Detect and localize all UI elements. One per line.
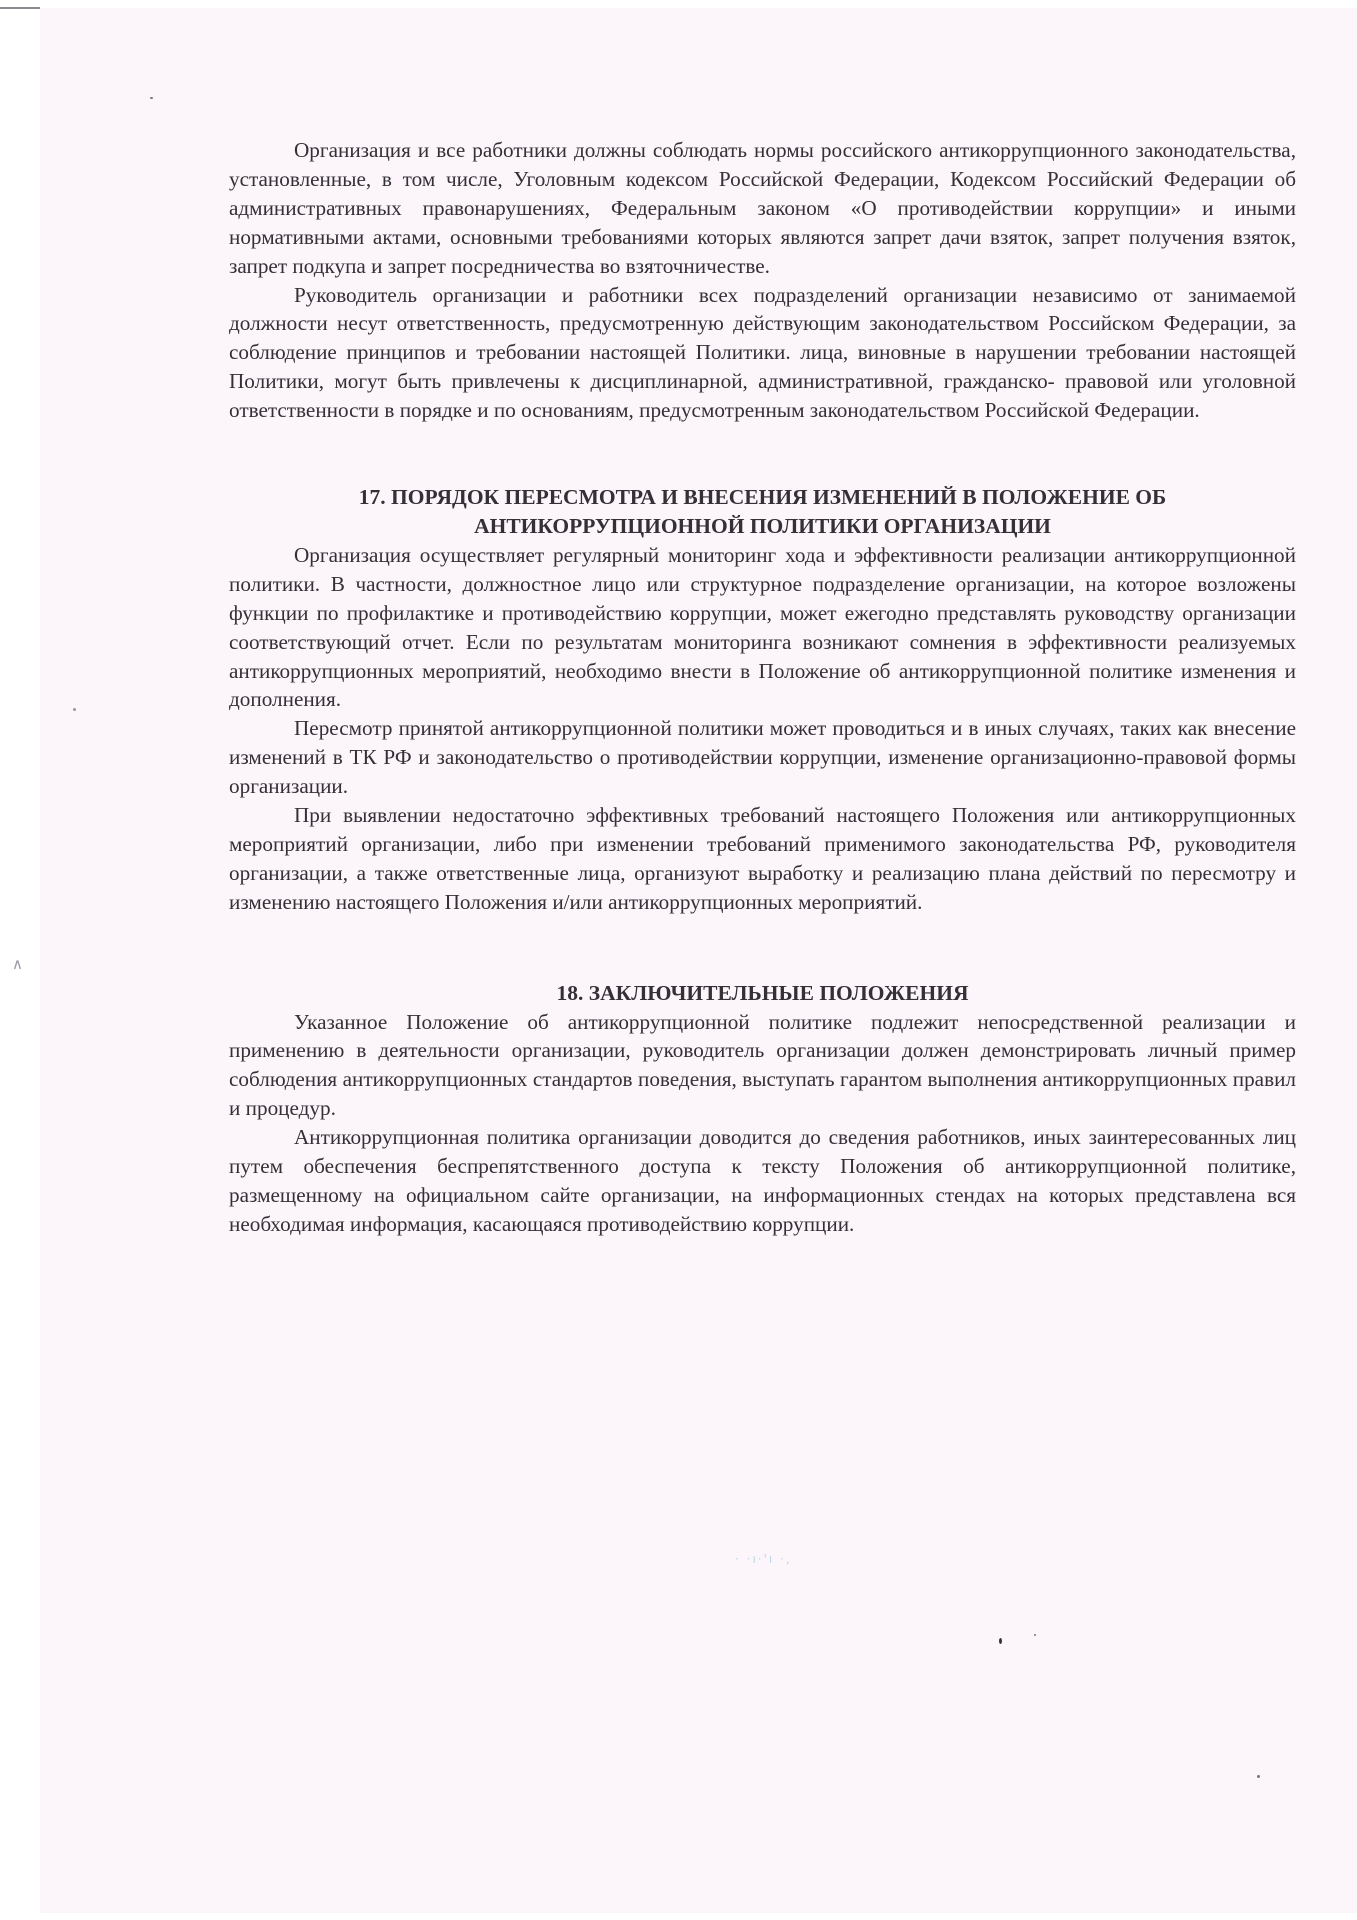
- intro-paragraph-2: Руководитель организации и работники все…: [229, 281, 1296, 426]
- spacer: [229, 425, 1296, 483]
- section-17-paragraph-2: Пересмотр принятой антикоррупционной пол…: [229, 714, 1296, 801]
- section-18-heading: 18. ЗАКЛЮЧИТЕЛЬНЫЕ ПОЛОЖЕНИЯ: [229, 979, 1296, 1008]
- scan-speck: [150, 97, 153, 99]
- section-17-paragraph-3: При выявлении недостаточно эффективных т…: [229, 801, 1296, 917]
- scan-edge-line: [0, 7, 40, 9]
- scan-speck: [689, 496, 692, 499]
- margin-mark: ∧: [12, 955, 23, 973]
- scan-speck: [1034, 1634, 1036, 1636]
- section-17-heading: 17. ПОРЯДОК ПЕРЕСМОТРА И ВНЕСЕНИЯ ИЗМЕНЕ…: [229, 483, 1296, 541]
- intro-paragraph-1: Организация и все работники должны соблю…: [229, 136, 1296, 281]
- section-17-heading-line1: 17. ПОРЯДОК ПЕРЕСМОТРА И ВНЕСЕНИЯ ИЗМЕНЕ…: [359, 485, 1167, 509]
- scan-speck: [999, 1638, 1002, 1644]
- scan-speck: [1257, 1775, 1260, 1778]
- section-17-heading-line2: АНТИКОРРУПЦИОННОЙ ПОЛИТИКИ ОРГАНИЗАЦИИ: [474, 514, 1051, 538]
- faint-stamp-trace: · ·ı·'ı ·,: [735, 1552, 792, 1566]
- spacer: [229, 917, 1296, 979]
- section-18-paragraph-1: Указанное Положение об антикоррупционной…: [229, 1008, 1296, 1124]
- section-17-paragraph-1: Организация осуществляет регулярный мони…: [229, 541, 1296, 714]
- document-body: Организация и все работники должны соблю…: [229, 136, 1296, 1239]
- scan-speck: [73, 708, 76, 711]
- section-18-paragraph-2: Антикоррупционная политика организации д…: [229, 1123, 1296, 1239]
